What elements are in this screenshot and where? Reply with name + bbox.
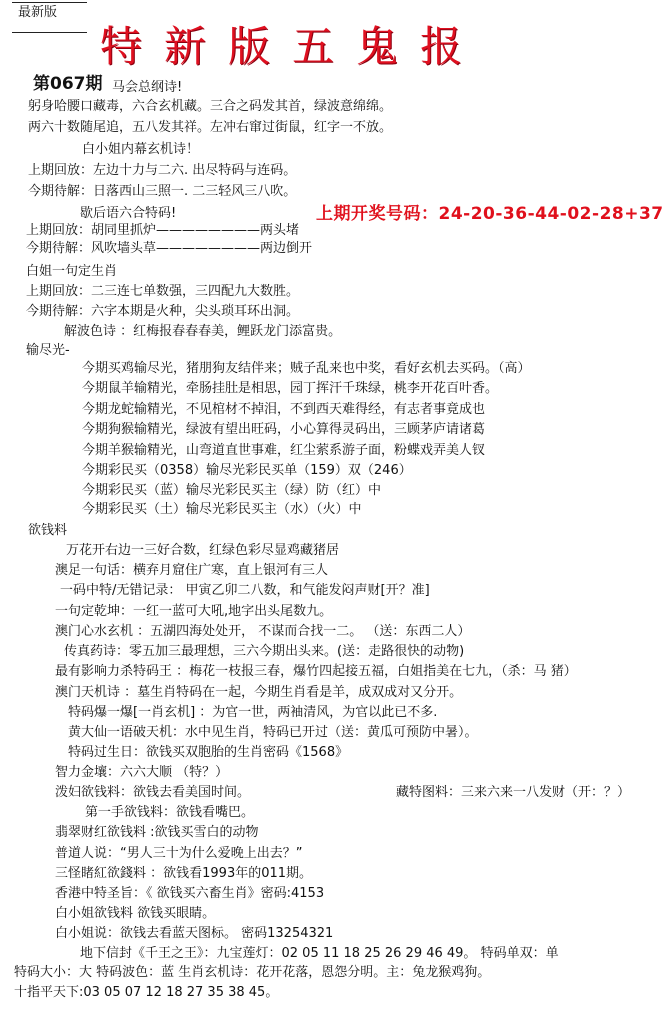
text-line: 三怪睹紅欲錢料 ：欲钱看1993年的011期。 (55, 865, 312, 882)
text-line: 澳门心水玄机 ：五湖四海处处开， 不谋而合找一二。 （送：东西二人） (55, 623, 470, 640)
text-line: 一码中特/无错记录： 甲寅乙卯二八数，和气能发闷声财[开？准] (60, 582, 430, 599)
text-line: 今期彩民买（土）输尽光彩民买主（水）（火）中 (82, 501, 362, 518)
text-line: 今期待解：六字本期是火种，尖头琐耳环出洞。 (26, 303, 299, 320)
section-heading: 欲钱料 (28, 522, 67, 539)
text-line: 十指平天下:03 05 07 12 18 27 35 38 45。 (14, 984, 278, 1001)
text-line: 万花开右边一三好合数，红绿色彩尽显鸡藏猪居 (66, 542, 339, 559)
last-draw-numbers: 24-20-36-44-02-28+37 (439, 204, 664, 224)
text-line: 今期待解：风吹墙头草————————两边倒开 (26, 240, 312, 257)
text-line: 两六十数随尾追，五八发其祥。左冲右窜过街鼠，红字一不放。 (28, 119, 392, 136)
text-line: 最有影响力杀特码王 ：梅花一枝报三春，爆竹四起接五福，白姐指美在七九，（杀：马 … (55, 663, 577, 680)
text-line: 澳足一句话：横弃月窟住广寒，直上银河有三人 (55, 562, 328, 579)
text-line: 地下信封《千王之王》：九宝莲灯：02 05 11 18 25 26 29 46 … (80, 945, 559, 962)
issue-subtitle: 马会总纲诗! (112, 79, 182, 96)
text-line: 智力金壤：六六大顺 （特？） (55, 764, 228, 781)
text-line: 翡翠财红欲钱料 :欲钱买雪白的动物 (55, 824, 259, 841)
text-line: 普道人说：“男人三十为什么爱晚上出去？” (55, 845, 302, 862)
text-line: 白小姐说：欲钱去看蓝天图标。 密码13254321 (55, 925, 333, 942)
text-line: 上期回放：二三连七单数强，三四配九大数胜。 (26, 283, 299, 300)
text-line: 今期彩民买（蓝）输尽光彩民买主（绿）防（红）中 (82, 482, 381, 499)
text-line: 解波色诗 ：红梅报春春春美，鲤跃龙门添富贵。 (64, 323, 341, 340)
text-line: 今期鼠羊输精光，牵肠挂肚是相思，园丁挥汗千珠绿，桃李开花百叶香。 (82, 380, 498, 397)
issue-number: 第067期 (33, 76, 103, 93)
text-line: 一句定乾坤：一红一蓝可大吼,地字出头尾数九。 (55, 603, 332, 620)
text-line: 上期回放：胡同里抓炉————————两头堵 (26, 222, 299, 239)
text-line: 今期羊猴输精光，山弯道直世事难，红尘萦系游子面，粉蝶戏弄美人钗 (82, 442, 485, 459)
text-line: 特码爆一爆[一肖玄机] ：为官一世，两袖清风，为官以此已不多. (68, 704, 437, 721)
text-line: 第一手欲钱料：欲钱看嘴巴。 (85, 804, 254, 821)
text-line: 黄大仙一语破天机：水中见生肖，特码已开过（送：黄瓜可预防中暑）。 (68, 724, 478, 741)
text-line: 特码大小：大 特码波色：蓝 生肖玄机诗：花开花落，恩怨分明。主：兔龙猴鸡狗。 (14, 964, 490, 981)
text-line: 歇后语六合特码! (80, 205, 176, 222)
text-line: 泼妇欲钱料：欲钱去看美国时间。 (55, 784, 250, 801)
text-line: 白小姐内幕玄机诗！ (82, 141, 199, 158)
text-line: 特码过生日：欲钱买双胞胎的生肖密码《1568》 (68, 744, 348, 761)
last-draw-banner: 上期开奖号码：24-20-36-44-02-28+37 (316, 206, 664, 223)
section-heading: 输尽光- (26, 342, 70, 359)
top-rule (12, 2, 87, 3)
text-line: 躬身哈腰口藏毒，六合玄机藏。三合之码发其首，绿波意绵绵。 (28, 98, 392, 115)
edition-label: 最新版 (18, 4, 57, 21)
text-line: 白小姐欲钱料 欲钱买眼睛。 (55, 905, 215, 922)
edition-rule (12, 32, 87, 33)
text-line: 今期待解：日落西山三照一. 二三轻风三八吹。 (28, 183, 296, 200)
page-title: 特新版五鬼报 (100, 22, 484, 72)
text-line: 今期彩民买（0358）输尽光彩民买单（159）双（246） (82, 462, 412, 479)
text-line: 白姐一句定生肖 (26, 263, 117, 280)
last-draw-label: 上期开奖号码： (316, 204, 439, 224)
text-line: 今期龙蛇输精光，不见棺材不掉泪，不到西天难得经，有志者事竟成也 (82, 401, 485, 418)
text-line: 传真药诗：零五加三最理想，三六今期出头来。(送：走路很快的动物) (64, 643, 464, 660)
text-line: 今期狗猴输精光，绿波有望出旺码，小心算得灵码出，三顾茅庐请诸葛 (82, 421, 485, 438)
text-line: 香港中特圣旨：《 欲钱买六畜生肖》密码:4153 (55, 885, 324, 902)
text-line: 今期买鸡输尽光，猪朋狗友结伴来；贼子乱来也中奖，看好玄机去买码。（高） (82, 360, 531, 377)
text-line: 上期回放：左边十力与二六. 出尽特码与连码。 (28, 162, 296, 179)
text-line: 藏特图料：三来六来一八发财（开：？） (396, 784, 630, 801)
text-line: 澳门天机诗 ：墓生肖特码在一起，今期生肖看是羊，成双成对又分开。 (55, 684, 462, 701)
